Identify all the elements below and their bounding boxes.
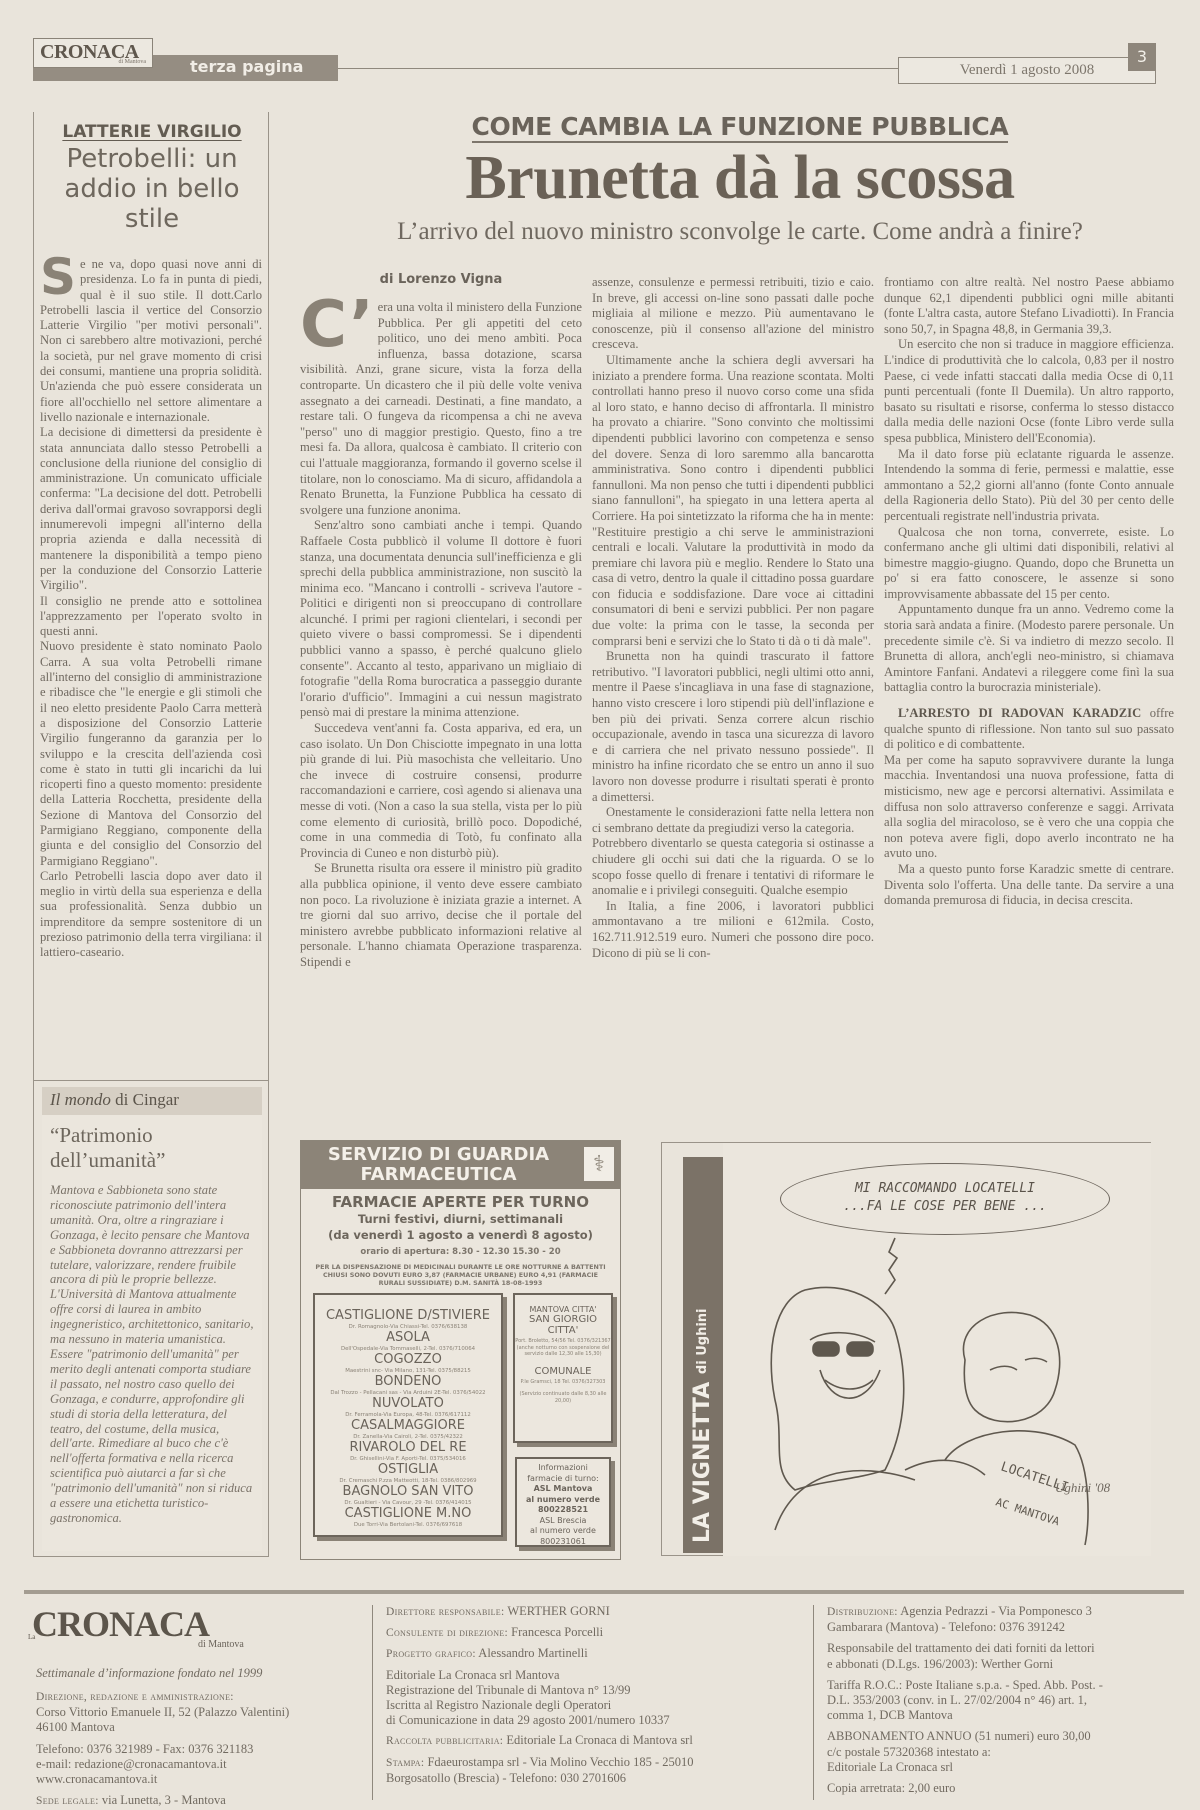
label: Direttore responsabile:: [386, 1606, 504, 1618]
registration: Iscritta al Registro Nazionale degli Ope…: [386, 1698, 694, 1713]
pharmacy-address: Due Torri-Via Bertolani-Tel. 0376/697618: [315, 1521, 501, 1529]
footer-divider: [372, 1605, 373, 1800]
city-address: Port. Broletto, 54/56 Tel. 0376/321367 (…: [515, 1338, 611, 1358]
footer-logo-sub: di Mantova: [198, 1639, 244, 1650]
vignette-author: di Ughini: [695, 1308, 710, 1374]
paragraph: Appuntamento dunque fra un anno. Vedremo…: [884, 602, 1174, 696]
label: Consulente di direzione:: [386, 1627, 508, 1639]
paragraph: Carlo Petrobelli lascia dopo aver dato i…: [40, 869, 262, 961]
city-service-note: (Servizio continuato dalle 8,30 alle 20,…: [515, 1391, 611, 1404]
value: Francesca Porcelli: [508, 1625, 603, 1639]
city-pharmacy: SAN GIORGIO: [515, 1314, 611, 1325]
value: Alessandro Martinelli: [476, 1646, 588, 1660]
pharmacy-town: CASTIGLIONE D/STIVIERE: [315, 1309, 501, 1323]
label: Sede legale:: [36, 1795, 99, 1807]
speech-bubble: MI RACCOMANDO LOCATELLI ...FA LE COSE PE…: [780, 1163, 1110, 1235]
pharmacy-town: RIVAROLO DEL RE: [315, 1441, 501, 1455]
info-line: ASL Brescia: [517, 1516, 609, 1527]
karadzic-lead: L’ARRESTO DI RADOVAN KARADZIC: [898, 706, 1141, 720]
speech-line: MI RACCOMANDO LOCATELLI: [781, 1180, 1109, 1198]
back-issue-price: Copia arretrata: 2,00 euro: [827, 1781, 1103, 1796]
cingar-header-author: di Cingar: [111, 1090, 179, 1109]
info-line: al numero verde: [517, 1526, 609, 1537]
speech-line: ...FA LE COSE PER BENE ...: [781, 1198, 1109, 1216]
main-kicker-text: COME CAMBIA LA FUNZIONE PUBBLICA: [472, 112, 1009, 143]
pharmacy-title-line: FARMACEUTICA: [301, 1165, 576, 1185]
tariff: D.L. 353/2003 (conv. in L. 27/02/2004 n°…: [827, 1693, 1103, 1708]
privacy: Responsabile del trattamento dei dati fo…: [827, 1641, 1103, 1656]
cartoon-illustration: LOCATELLI AC MANTOVA: [735, 1230, 1145, 1550]
sidebar-body: Se ne va, dopo quasi nove anni di presid…: [40, 257, 262, 961]
pharmacy-list: CASTIGLIONE D/STIVIERE Dr. Romagnolo-Via…: [313, 1293, 503, 1537]
value: Editoriale La Cronaca di Mantova srl: [503, 1733, 693, 1747]
section-label: terza pagina: [190, 57, 303, 76]
registration: di Comunicazione in data 29 agosto 2001/…: [386, 1713, 694, 1728]
tariff: comma 1, DCB Mantova: [827, 1708, 1103, 1723]
pharmacy-period: (da venerdì 1 agosto a venerdì 8 agosto): [301, 1228, 620, 1242]
footer-rule: [24, 1590, 1184, 1594]
value: WERTHER GORNI: [504, 1604, 609, 1618]
article-column-2: assenze, consulenze e permessi retribuit…: [592, 275, 874, 961]
dropcap: S: [40, 257, 76, 299]
footer-logo: CRONACA: [32, 1603, 209, 1645]
registration: Registrazione del Tribunale di Mantova n…: [386, 1683, 694, 1698]
cingar-body: Mantova e Sabbioneta sono state riconosc…: [50, 1183, 256, 1526]
registration: Editoriale La Cronaca srl Mantova: [386, 1668, 694, 1683]
cingar-column: Il mondo di Cingar “Patrimonio dell’uman…: [33, 1080, 269, 1557]
subscription: ABBONAMENTO ANNUO (51 numeri) euro 30,00: [827, 1729, 1103, 1744]
legal-address: via Lunetta, 3 - Mantova: [99, 1793, 226, 1807]
info-line: ASL Mantova: [517, 1484, 609, 1495]
paragraph: Ultimamente anche la schiera degli avver…: [592, 353, 874, 649]
byline: di Lorenzo Vigna: [300, 272, 582, 287]
pharmacy-box: SERVIZIO DI GUARDIA FARMACEUTICA ⚕ FARMA…: [300, 1140, 621, 1560]
label: Raccolta pubblicitaria:: [386, 1735, 503, 1747]
paragraph: frontiamo con altre realtà. Nel nostro P…: [884, 275, 1174, 337]
pharmacy-town: CASALMAGGIORE: [315, 1419, 501, 1433]
footer-contacts: Direzione, redazione e amministrazione: …: [36, 1690, 289, 1809]
paragraph: Potrebbero diventarlo se questa categori…: [592, 836, 874, 898]
vignette-title: LA VIGNETTA: [690, 1382, 715, 1543]
pharmacy-subtitle: FARMACIE APERTE PER TURNO: [301, 1193, 620, 1211]
pharmacy-town: OSTIGLIA: [315, 1463, 501, 1477]
cingar-title: “Patrimonio dell’umanità”: [50, 1123, 262, 1173]
city-address: P.le Gramsci, 18 Tel. 0376/327303: [515, 1379, 611, 1386]
city-pharmacy: COMUNALE: [515, 1366, 611, 1377]
pharmacy-town: ASOLA: [315, 1331, 501, 1345]
shirt-text: AC MANTOVA: [994, 1495, 1061, 1528]
footer-divider: [813, 1605, 814, 1800]
paragraph: Brunetta non ha quindi trascurato il fat…: [592, 649, 874, 805]
paragraph: Qualcosa che non torna, converrete, esis…: [884, 525, 1174, 603]
paragraph: Se Brunetta risulta ora essere il minist…: [300, 861, 582, 970]
sidebar-kicker: LATTERIE VIRGILIO: [34, 122, 270, 142]
pharmacy-info-box: Informazioni farmacie di turno: ASL Mant…: [515, 1457, 611, 1547]
cingar-content: “Patrimonio dell’umanità” Mantova e Sabb…: [42, 1115, 262, 1551]
value: Agenzia Pedrazzi - Via Pomponesco 3: [898, 1604, 1092, 1618]
paragraph: Ma per come ha saputo sopravvivere duran…: [884, 753, 1174, 862]
pharmacy-turns: Turni festivi, diurni, settimanali: [301, 1212, 620, 1226]
cingar-header-script: Il mondo: [50, 1090, 111, 1109]
website-link[interactable]: www.cronacamantova.it: [36, 1772, 289, 1787]
value: Borgosatollo (Brescia) - Telefono: 030 2…: [386, 1771, 694, 1786]
main-subhead: L’arrivo del nuovo ministro sconvolge le…: [300, 218, 1180, 246]
pharmacy-header: SERVIZIO DI GUARDIA FARMACEUTICA ⚕: [301, 1141, 620, 1189]
pharmacy-city-box: MANTOVA CITTA' SAN GIORGIO CITTA' Port. …: [513, 1293, 613, 1443]
karadzic-paragraph: L’ARRESTO DI RADOVAN KARADZIC offre qual…: [884, 706, 1174, 753]
email-link[interactable]: e-mail: redazione@cronacamantova.it: [36, 1757, 289, 1772]
paragraph: Un esercito che non si traduce in maggio…: [884, 337, 1174, 446]
masthead-logo: CRONACA di Mantova: [33, 38, 153, 68]
paragraph: Onestamente le considerazioni fatte nell…: [592, 805, 874, 836]
footer-tagline: Settimanale d’informazione fondato nel 1…: [36, 1666, 262, 1681]
paragraph: La decisione di dimettersi da presidente…: [40, 425, 262, 593]
info-line: farmacie di turno:: [517, 1474, 609, 1485]
main-headline: Brunetta dà la scossa: [300, 142, 1180, 214]
subscription: c/c postale 57320368 intestato a:: [827, 1745, 1103, 1760]
paragraph: Nuovo presidente è stato nominato Paolo …: [40, 639, 262, 868]
city-label: MANTOVA CITTA': [515, 1305, 611, 1314]
pharmacy-hours: orario di apertura: 8.30 - 12.30 15.30 -…: [301, 1247, 620, 1257]
dropcap: C’: [300, 300, 374, 350]
main-kicker: COME CAMBIA LA FUNZIONE PUBBLICA: [300, 112, 1180, 141]
address: Corso Vittorio Emanuele II, 52 (Palazzo …: [36, 1705, 289, 1720]
value: Gambarara (Mantova) - Telefono: 0376 391…: [827, 1620, 1103, 1635]
pharmacy-town: COGOZZO: [315, 1353, 501, 1367]
cartoonist-signature: Ughini '08: [1055, 1480, 1110, 1496]
label: Direzione, redazione e amministrazione:: [36, 1690, 289, 1705]
phone-number: 800231061: [517, 1537, 609, 1548]
info-line: Informazioni: [517, 1463, 609, 1474]
label: Progetto grafico:: [386, 1648, 476, 1660]
paragraph: Senz'altro sono cambiati anche i tempi. …: [300, 518, 582, 721]
article-column-1: C’era una volta il ministero della Funzi…: [300, 300, 582, 971]
paragraph: Succedeva vent'anni fa. Costa appariva, …: [300, 721, 582, 861]
paragraph: Il consiglio ne prende atto e sottolinea…: [40, 594, 262, 640]
paragraph: Ma a questo punto forse Karadzic smette …: [884, 862, 1174, 909]
label: Distribuzione:: [827, 1606, 898, 1618]
caduceus-icon: ⚕: [584, 1147, 614, 1181]
footer-distribution: Distribuzione: Agenzia Pedrazzi - Via Po…: [827, 1604, 1103, 1796]
info-line: al numero verde: [517, 1495, 609, 1506]
tariff: Tariffa R.O.C.: Poste Italiane s.p.a. - …: [827, 1678, 1103, 1693]
page-number: 3: [1128, 43, 1156, 71]
cingar-header: Il mondo di Cingar: [42, 1087, 262, 1115]
pharmacy-title: SERVIZIO DI GUARDIA FARMACEUTICA: [301, 1145, 576, 1185]
masthead-subtitle: di Mantova: [119, 59, 147, 65]
privacy: e abbonati (D.Lgs. 196/2003): Werther Go…: [827, 1657, 1103, 1672]
article-column-3: frontiamo con altre realtà. Nel nostro P…: [884, 275, 1174, 909]
label: Stampa:: [386, 1757, 424, 1769]
sidebar-article: LATTERIE VIRGILIO Petrobelli: un addio i…: [33, 112, 269, 1080]
sidebar-title: Petrobelli: un addio in bello stile: [34, 144, 270, 234]
pharmacy-town: BONDENO: [315, 1375, 501, 1389]
pharmacy-town: BAGNOLO SAN VITO: [315, 1485, 501, 1499]
address: 46100 Mantova: [36, 1720, 289, 1735]
footer-credits: Direttore responsabile: WERTHER GORNI Co…: [386, 1604, 694, 1786]
paragraph: assenze, consulenze e permessi retribuit…: [592, 275, 874, 353]
pharmacy-town: NUVOLATO: [315, 1397, 501, 1411]
value: Fdaeurostampa srl - Via Molino Vecchio 1…: [424, 1755, 693, 1769]
phone-number: 800228521: [517, 1505, 609, 1516]
city-pharmacy: CITTA': [515, 1325, 611, 1336]
pharmacy-note: PER LA DISPENSAZIONE DI MEDICINALI DURAN…: [309, 1263, 612, 1287]
paragraph: In Italia, a fine 2006, i lavoratori pub…: [592, 899, 874, 961]
vignette-label: LA VIGNETTA di Ughini: [683, 1157, 723, 1553]
header-rule: [338, 68, 898, 69]
pharmacy-title-line: SERVIZIO DI GUARDIA: [301, 1145, 576, 1165]
subscription: Editoriale La Cronaca srl: [827, 1760, 1103, 1775]
paragraph: Ma il dato forse più eclatante riguarda …: [884, 447, 1174, 525]
issue-date: Venerdì 1 agosto 2008: [898, 57, 1156, 84]
phone: Telefono: 0376 321989 - Fax: 0376 321183: [36, 1742, 289, 1757]
pharmacy-town: CASTIGLIONE M.NO: [315, 1507, 501, 1521]
